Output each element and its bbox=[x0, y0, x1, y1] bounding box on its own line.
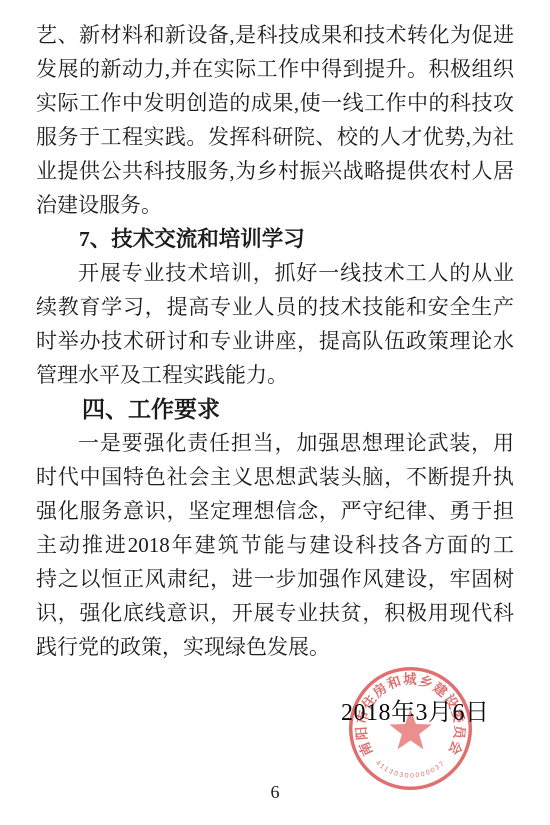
page-number: 6 bbox=[0, 782, 550, 803]
text-line: 强化服务意识，坚定理想信念，严守纪律、勇于担当，积极 bbox=[36, 494, 514, 528]
text-line: 治建设服务。 bbox=[36, 188, 514, 222]
text-block: 艺、新材料和新设备,是科技成果和技术转化为促进建筑业发展的新动力,并在实际工作中… bbox=[36, 18, 514, 664]
seal-code-text: 41130300000037 bbox=[374, 759, 447, 779]
document-page: 艺、新材料和新设备,是科技成果和技术转化为促进建筑业发展的新动力,并在实际工作中… bbox=[0, 0, 550, 825]
text-line: 开展专业技术培训，抓好一线技术工人的从业培训和继 bbox=[36, 256, 514, 290]
text-line: 业提供公共科技服务,为乡村振兴战略提供农村人居环境整 bbox=[36, 154, 514, 188]
text-line: 续教育学习，提高专业人员的技术技能和安全生产能力，适 bbox=[36, 290, 514, 324]
text-line: 践行党的政策，实现绿色发展。 bbox=[36, 630, 514, 664]
text-line: 持之以恒正风肃纪，进一步加强作风建设，牢固树立责任意 bbox=[36, 562, 514, 596]
seal-graphic: 南阳市住房和城乡建设委员会 41130300000037 bbox=[343, 661, 478, 796]
text-line: 艺、新材料和新设备,是科技成果和技术转化为促进建筑业 bbox=[36, 18, 514, 52]
heading-line: 7、技术交流和培训学习 bbox=[36, 222, 514, 256]
text-line: 服务于工程实践。发挥科研院、校的人才优势,为社会和行 bbox=[36, 120, 514, 154]
heading-line: 四、工作要求 bbox=[36, 392, 514, 426]
document-date: 2018年3月6日 bbox=[341, 692, 501, 727]
text-line: 实际工作中发明创造的成果,使一线工作中的科技攻关项目 bbox=[36, 86, 514, 120]
text-line: 发展的新动力,并在实际工作中得到提升。积极组织申报在 bbox=[36, 52, 514, 86]
text-line: 一是要强化责任担当，加强思想理论武装，用习近平新 bbox=[36, 426, 514, 460]
text-line: 时代中国特色社会主义思想武装头脑，不断提升执行能力， bbox=[36, 460, 514, 494]
text-line: 管理水平及工程实践能力。 bbox=[36, 358, 514, 392]
text-line: 主动推进2018年建筑节能与建设科技各方面的工作；二是 bbox=[36, 528, 514, 562]
text-line: 识，强化底线意识，开展专业扶贫，积极用现代科技知识， bbox=[36, 596, 514, 630]
official-seal: 南阳市住房和城乡建设委员会 41130300000037 bbox=[343, 661, 478, 796]
text-line: 时举办技术研讨和专业讲座，提高队伍政策理论水平、现代 bbox=[36, 324, 514, 358]
